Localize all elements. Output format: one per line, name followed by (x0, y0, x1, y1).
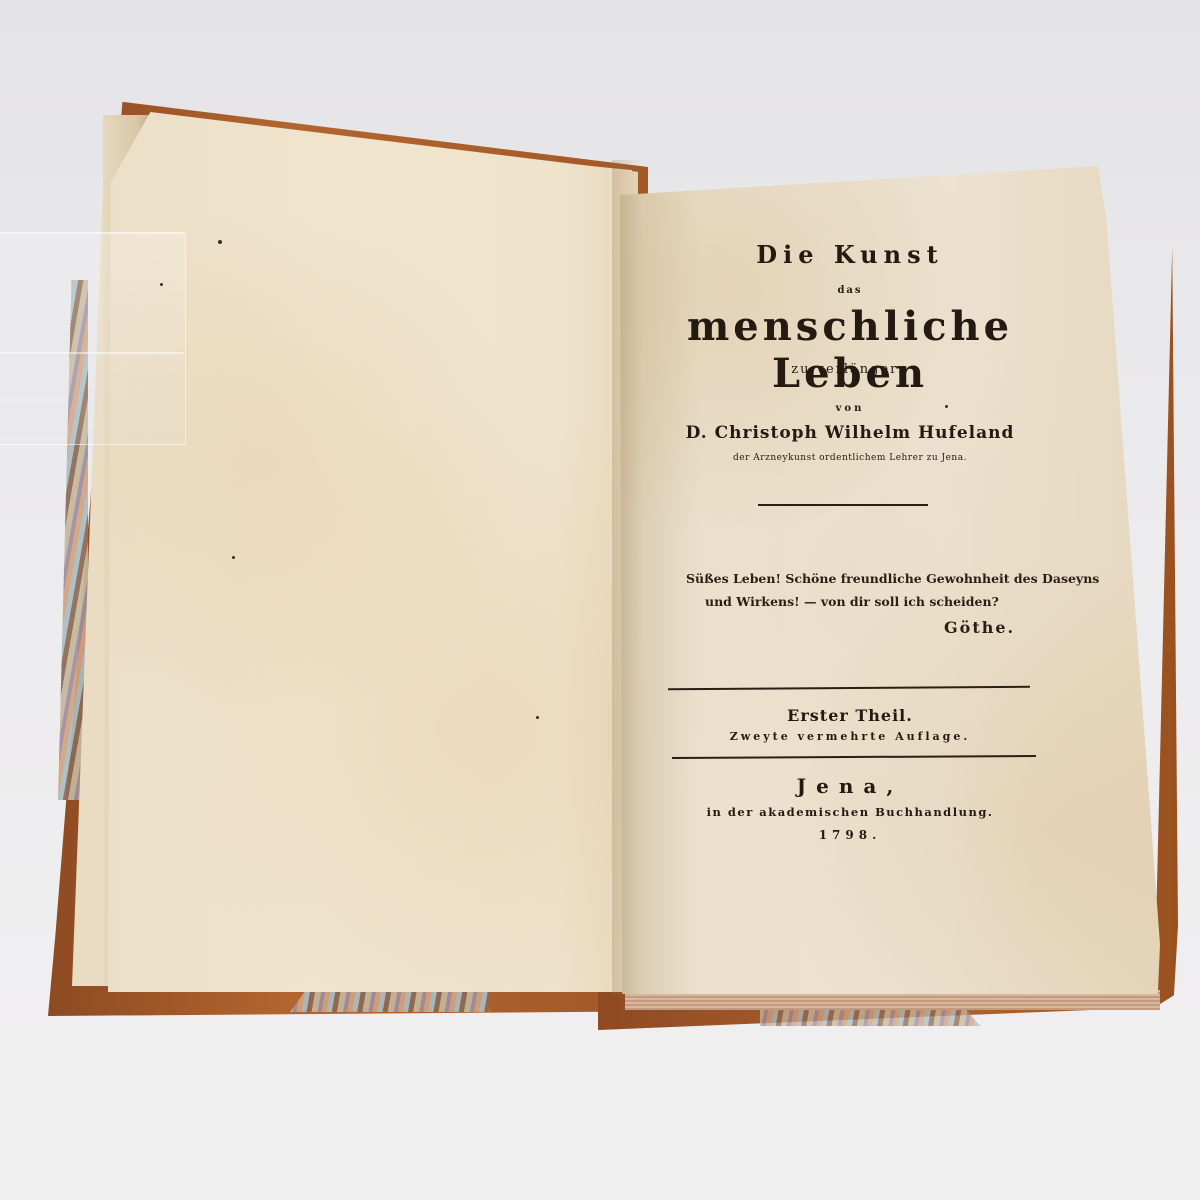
by-line: von (650, 403, 1050, 414)
paper-speck (536, 716, 539, 719)
author-name: D. Christoph Wilhelm Hufeland (650, 423, 1050, 443)
author-title: der Arzneykunst ordentlichem Lehrer zu J… (650, 453, 1050, 463)
publisher: in der akademischen Buchhandlung. (650, 805, 1050, 819)
paper-speck (160, 283, 163, 286)
blank-flyleaf-page (108, 112, 638, 992)
gutter-shadow (612, 160, 642, 995)
epigraph-author: Göthe. (944, 618, 1015, 637)
acrylic-book-stand (0, 232, 186, 445)
epigraph-line-1: Süßes Leben! Schöne freundliche Gewohnhe… (686, 571, 1099, 586)
paper-speck (232, 556, 235, 559)
title-main: menschliche Leben (650, 303, 1050, 397)
publication-year: 1798. (650, 828, 1050, 842)
short-divider-rule (758, 504, 928, 506)
marbled-board-bottom-left (290, 990, 490, 1012)
title-line-1: Die Kunst (650, 240, 1050, 269)
edition-label: Zweyte vermehrte Auflage. (650, 730, 1050, 743)
title-subtitle: zu verlängern (650, 362, 1050, 377)
volume-label: Erster Theil. (650, 706, 1050, 725)
title-line-2: das (650, 285, 1050, 296)
epigraph-line-2: und Wirkens! — von dir soll ich scheiden… (705, 594, 999, 609)
place-of-publication: Jena, (650, 774, 1050, 798)
paper-speck (218, 240, 222, 244)
acrylic-stand-edge (0, 352, 183, 354)
